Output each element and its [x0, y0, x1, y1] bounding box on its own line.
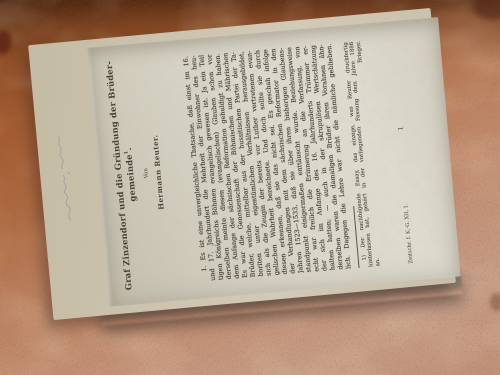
footnote-end: an.: [375, 258, 382, 267]
footnote-signature: Brieger.: [356, 41, 365, 63]
printed-page: Graf Zinzendorf und die Gründung der Brü…: [87, 17, 460, 307]
body-paragraph: 1. Es ist eine unvergleichliche Thatsach…: [181, 43, 353, 281]
booklet-first-page: Graf Zinzendorf und die Gründung der Brü…: [87, 17, 460, 307]
page-number: 1: [396, 126, 404, 131]
journal-signature: Zeitschr. f. K.-G. XII, 1.: [403, 203, 414, 263]
pencil-handwriting-note: [46, 127, 89, 230]
page-footer: Zeitschr. f. K.-G. XII, 1. 1: [388, 38, 416, 264]
wood-smudge: [490, 293, 500, 311]
photo-scene: Graf Zinzendorf und die Gründung der Brü…: [0, 0, 500, 375]
footnote-reference-mark: 1: [124, 151, 130, 155]
